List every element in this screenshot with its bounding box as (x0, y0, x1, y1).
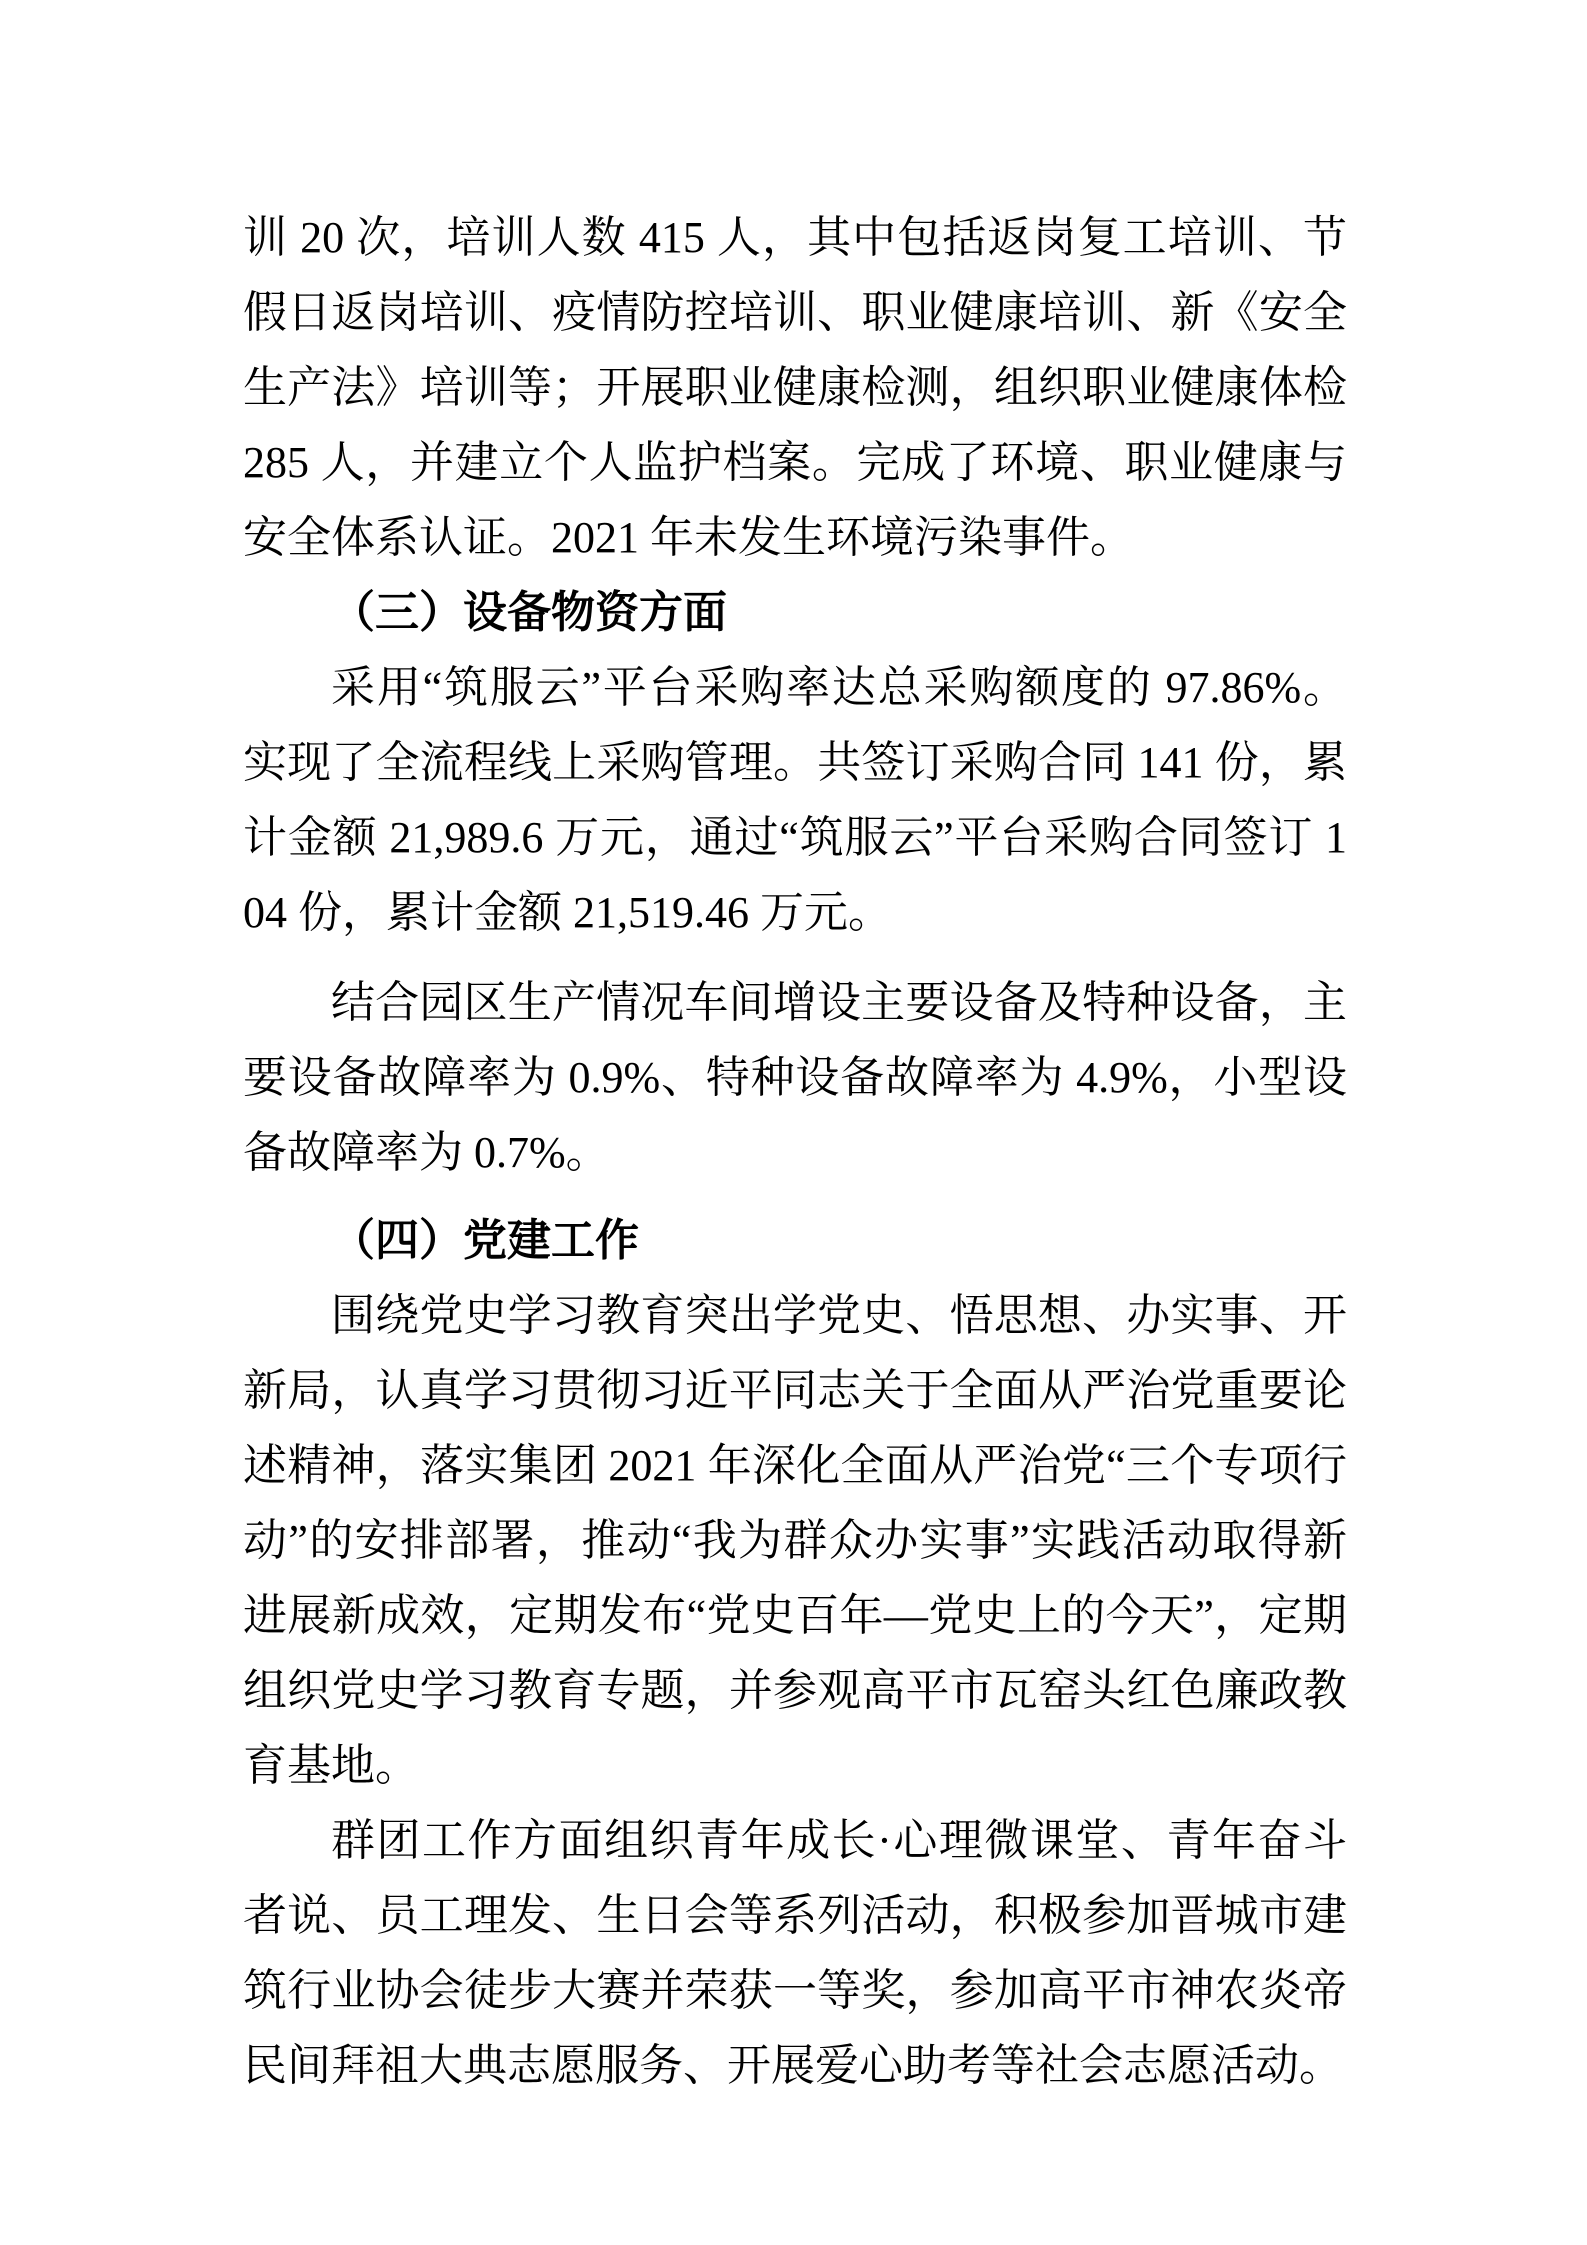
paragraph-party-history-education: 围绕党史学习教育突出学党史、悟思想、办实事、开新局，认真学习贯彻习近平同志关于全… (243, 1278, 1347, 1803)
text-block: 训 20 次，培训人数 415 人，其中包括返岗复工培训、节假日返岗培训、疫情防… (243, 200, 1347, 2103)
paragraph-continuation-safety-training: 训 20 次，培训人数 415 人，其中包括返岗复工培训、节假日返岗培训、疫情防… (243, 200, 1347, 575)
paragraph-procurement-platform: 采用“筑服云”平台采购率达总采购额度的 97.86%。实现了全流程线上采购管理。… (243, 650, 1347, 950)
paragraph-equipment-failure-rates: 结合园区生产情况车间增设主要设备及特种设备，主要设备故障率为 0.9%、特种设备… (243, 965, 1347, 1190)
section-heading-equipment-materials: （三）设备物资方面 (243, 575, 1347, 650)
section-heading-party-building: （四）党建工作 (243, 1203, 1347, 1278)
paragraph-youth-group-activities: 群团工作方面组织青年成长·心理微课堂、青年奋斗者说、员工理发、生日会等系列活动，… (243, 1803, 1347, 2103)
document-page: 训 20 次，培训人数 415 人，其中包括返岗复工培训、节假日返岗培训、疫情防… (0, 0, 1587, 2245)
